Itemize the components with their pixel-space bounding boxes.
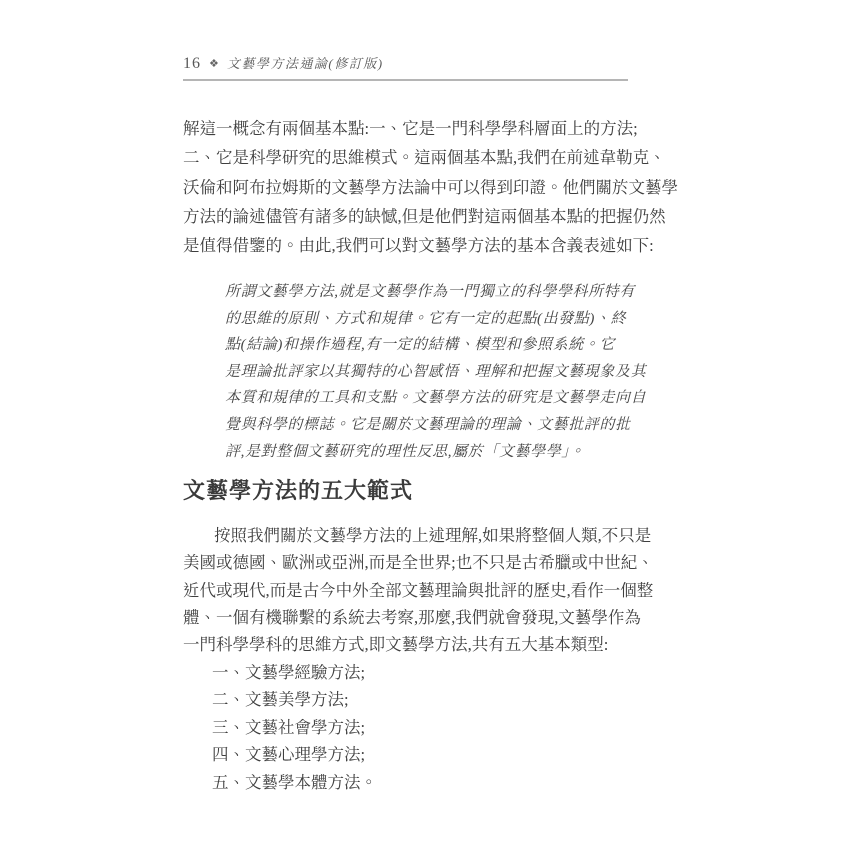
text-line: 方法的論述儘管有諸多的缺憾,但是他們對這兩個基本點的把握仍然 [183,202,678,231]
list-item: 五、文藝學本體方法。 [212,769,377,796]
quote-line: 的思維的原則、方式和規律。它有一定的起點(出發點)、終 [225,306,646,333]
section-paragraph: 按照我們關於文藝學方法的上述理解,如果將整個人類,不只是 美國或德國、歐洲或亞洲… [183,522,654,658]
quote-line: 覺與科學的標誌。它是關於文藝理論的理論、文藝批評的批 [225,412,646,439]
quote-line: 評,是對整個文藝研究的理性反思,屬於「文藝學學」。 [225,439,646,466]
book-page: 16 ❖ 文藝學方法通論(修訂版) 解這一概念有兩個基本點:一、它是一門科學學科… [0,0,850,850]
section-heading: 文藝學方法的五大範式 [183,474,413,505]
text-line: 近代或現代,而是古今中外全部文藝理論與批評的歷史,看作一個整 [183,577,654,604]
running-book-title: 文藝學方法通論(修訂版) [227,53,384,72]
text-line: 解這一概念有兩個基本點:一、它是一門科學學科層面上的方法; [183,114,678,143]
quote-line: 是理論批評家以其獨特的心智感悟、理解和把握文藝現象及其 [225,359,646,386]
text-line: 按照我們關於文藝學方法的上述理解,如果將整個人類,不只是 [183,522,654,549]
header-rule-divider [183,79,628,81]
method-type-list: 一、文藝學經驗方法; 二、文藝美學方法; 三、文藝社會學方法; 四、文藝心理學方… [212,659,377,796]
list-item: 二、文藝美學方法; [212,686,377,713]
text-line: 是值得借鑒的。由此,我們可以對文藝學方法的基本含義表述如下: [183,231,678,260]
running-head: 16 ❖ 文藝學方法通論(修訂版) [183,53,384,73]
list-item: 一、文藝學經驗方法; [212,659,377,686]
diamond-separator-icon: ❖ [209,57,219,70]
paragraph-continued: 解這一概念有兩個基本點:一、它是一門科學學科層面上的方法; 二、它是科學研究的思… [183,114,678,260]
quote-line: 點(結論)和操作過程,有一定的結構、模型和參照系統。它 [225,332,646,359]
list-item: 四、文藝心理學方法; [212,741,377,768]
text-line: 沃倫和阿布拉姆斯的文藝學方法論中可以得到印證。他們關於文藝學 [183,173,678,202]
definition-block-quote: 所謂文藝學方法,就是文藝學作為一門獨立的科學學科所特有 的思維的原則、方式和規律… [225,279,646,465]
quote-line: 所謂文藝學方法,就是文藝學作為一門獨立的科學學科所特有 [225,279,646,306]
text-line: 美國或德國、歐洲或亞洲,而是全世界;也不只是古希臘或中世紀、 [183,549,654,576]
text-line: 一門科學學科的思維方式,即文藝學方法,共有五大基本類型: [183,631,654,658]
text-line: 體、一個有機聯繫的系統去考察,那麼,我們就會發現,文藝學作為 [183,604,654,631]
page-number: 16 [183,55,201,73]
text-line: 二、它是科學研究的思維模式。這兩個基本點,我們在前述韋勒克、 [183,143,678,172]
quote-line: 本質和規律的工具和支點。文藝學方法的研究是文藝學走向自 [225,385,646,412]
list-item: 三、文藝社會學方法; [212,714,377,741]
